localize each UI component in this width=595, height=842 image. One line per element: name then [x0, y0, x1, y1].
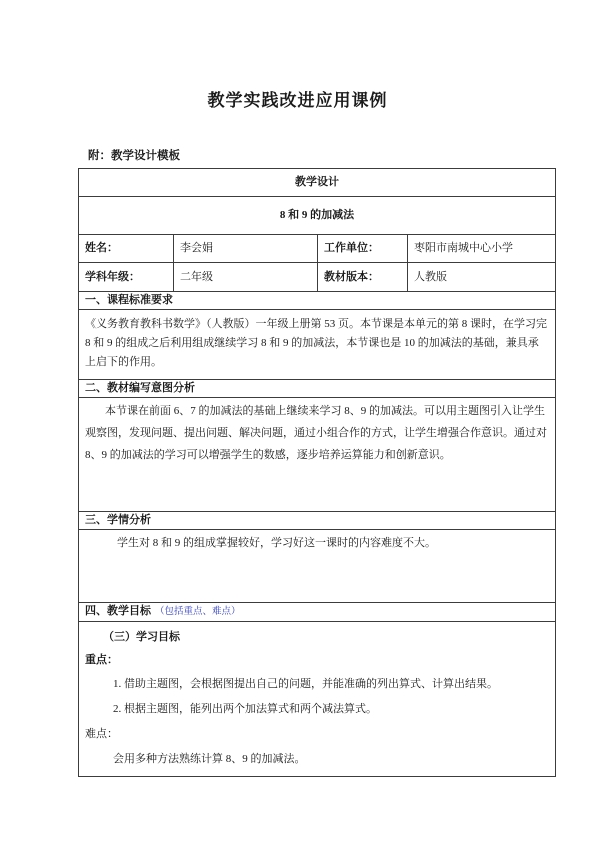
- course-title: 8 和 9 的加减法: [79, 197, 556, 235]
- section-3-heading: 三、学情分析: [79, 512, 556, 530]
- grade-edition-row: 学科年级： 二年级 教材版本： 人教版: [79, 263, 556, 292]
- section-3-heading-row: 三、学情分析: [79, 512, 556, 530]
- grade-label: 学科年级：: [79, 263, 174, 292]
- edition-value: 人教版: [408, 263, 556, 292]
- attachment-label: 附：教学设计模板: [88, 147, 180, 163]
- name-unit-row: 姓名： 李会娟 工作单位： 枣阳市南城中心小学: [79, 235, 556, 263]
- section-2-heading-row: 二、教材编写意图分析: [79, 380, 556, 398]
- section-4-body: （三）学习目标 重点： 1. 借助主题图，会根据图提出自己的问题，并能准确的列出…: [79, 622, 556, 777]
- section-4-body-row: （三）学习目标 重点： 1. 借助主题图，会根据图提出自己的问题，并能准确的列出…: [79, 622, 556, 777]
- section-1-body: 《义务教育教科书数学》（人教版）一年级上册第 53 页。本节课是本单元的第 8 …: [79, 310, 556, 380]
- section-3-body-row: 学生对 8 和 9 的组成掌握较好，学习好这一课时的内容难度不大。: [79, 530, 556, 603]
- section-4-heading-text: 四、教学目标: [85, 605, 151, 617]
- learning-goals-subheading: （三）学习目标: [85, 625, 549, 649]
- section-2-body-row: 本节课在前面 6、7 的加减法的基础上继续来学习 8、9 的加减法。可以用主题图…: [79, 398, 556, 512]
- key-point-item: 1. 借助主题图，会根据图提出自己的问题，并能准确的列出算式、计算出结果。: [85, 672, 549, 697]
- section-3-body: 学生对 8 和 9 的组成掌握较好，学习好这一课时的内容难度不大。: [79, 530, 556, 603]
- section-1-heading: 一、课程标准要求: [79, 292, 556, 310]
- grade-value: 二年级: [174, 263, 318, 292]
- work-unit-label: 工作单位：: [318, 235, 408, 263]
- section-4-note: （包括重点、难点）: [155, 607, 241, 617]
- difficulty-label: 难点：: [85, 722, 549, 747]
- key-point-item: 2. 根据主题图，能列出两个加法算式和两个减法算式。: [85, 697, 549, 722]
- key-points-label: 重点：: [85, 649, 549, 672]
- name-value: 李会娟: [174, 235, 318, 263]
- section-2-heading: 二、教材编写意图分析: [79, 380, 556, 398]
- table-header-row: 教学设计: [79, 169, 556, 197]
- edition-label: 教材版本：: [318, 263, 408, 292]
- name-label: 姓名：: [79, 235, 174, 263]
- section-4-heading: 四、教学目标（包括重点、难点）: [79, 603, 556, 622]
- section-2-body: 本节课在前面 6、7 的加减法的基础上继续来学习 8、9 的加减法。可以用主题图…: [79, 398, 556, 512]
- document-title: 教学实践改进应用课例: [0, 86, 595, 111]
- section-1-body-row: 《义务教育教科书数学》（人教版）一年级上册第 53 页。本节课是本单元的第 8 …: [79, 310, 556, 380]
- difficulty-body: 会用多种方法熟练计算 8、9 的加减法。: [85, 747, 549, 772]
- table-header: 教学设计: [79, 169, 556, 197]
- section-1-heading-row: 一、课程标准要求: [79, 292, 556, 310]
- work-unit-value: 枣阳市南城中心小学: [408, 235, 556, 263]
- teaching-design-table: 教学设计 8 和 9 的加减法 姓名： 李会娟 工作单位： 枣阳市南城中心小学 …: [78, 168, 556, 777]
- document-page: 教学实践改进应用课例 附：教学设计模板 教学设计 8 和 9 的加减法 姓名： …: [0, 0, 595, 842]
- section-4-heading-row: 四、教学目标（包括重点、难点）: [79, 603, 556, 622]
- course-title-row: 8 和 9 的加减法: [79, 197, 556, 235]
